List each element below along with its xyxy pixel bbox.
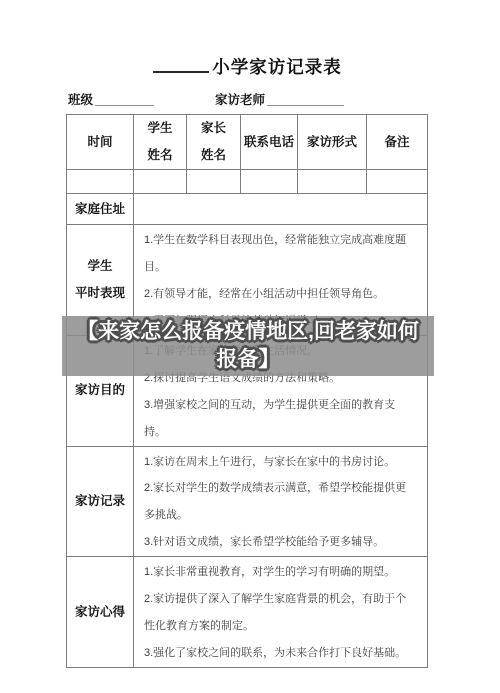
home-address-row: 家庭住址 bbox=[67, 194, 428, 225]
record-line-3: 3.针对语文成绩，家长希望学校能给予更多辅导。 bbox=[144, 529, 417, 556]
teacher-label: 家访老师 bbox=[215, 93, 265, 107]
visit-record-row: 家访记录 1.家访在周末上午进行，与家长在家中的书房讨论。 2.家长对学生的数学… bbox=[67, 446, 428, 557]
record-line-2: 2.家长对学生的数学成绩表示满意，希望学校能提供更多挑战。 bbox=[144, 475, 417, 529]
col-header-phone: 联系电话 bbox=[241, 115, 298, 170]
visit-reflections-row: 家访心得 1.家长非常重视教育，对学生的学习有明确的期望。 2.家访提供了深入了… bbox=[67, 557, 428, 668]
caption-overlay-banner: 【来家怎么报备疫情地区,回老家如何 报备】 bbox=[62, 316, 434, 376]
teacher-field: 家访老师 bbox=[215, 90, 344, 108]
visit-record-label: 家访记录 bbox=[67, 446, 134, 557]
reflections-line-3: 3.强化了家校之间的联系，为未来合作打下良好基础。 bbox=[144, 640, 417, 667]
col-header-student: 学生 姓名 bbox=[134, 115, 187, 170]
caption-text-line-2: 报备】 bbox=[217, 346, 280, 374]
form-title-row: 小学家访记录表 bbox=[66, 0, 429, 79]
blank-entry-row bbox=[67, 170, 428, 194]
visit-record-cell: 1.家访在周末上午进行，与家长在家中的书房讨论。 2.家长对学生的数学成绩表示满… bbox=[134, 446, 428, 557]
reflections-line-1: 1.家长非常重视教育，对学生的学习有明确的期望。 bbox=[144, 559, 417, 586]
record-line-1: 1.家访在周末上午进行，与家长在家中的书房讨论。 bbox=[144, 449, 417, 476]
performance-line-1: 1.学生在数学科目表现出色，经常能独立完成高难度题目。 bbox=[144, 227, 417, 281]
table-header-row: 时间 学生 姓名 家长 姓名 联系电话 家访形式 备注 bbox=[67, 115, 428, 170]
purpose-line-3: 3.增强家校之间的互动，为学生提供更全面的教育支持。 bbox=[144, 392, 417, 446]
visit-reflections-label: 家访心得 bbox=[67, 557, 134, 668]
home-address-value-cell bbox=[134, 194, 428, 225]
reflections-line-2: 2.家访提供了深入了解学生家庭背景的机会，有助于个性化教育方案的制定。 bbox=[144, 586, 417, 640]
form-title: 小学家访记录表 bbox=[212, 57, 342, 77]
col-header-time: 时间 bbox=[67, 115, 134, 170]
blank-cell-visit-type bbox=[298, 170, 367, 194]
blank-cell-phone bbox=[241, 170, 298, 194]
col-header-visit-type: 家访形式 bbox=[298, 115, 367, 170]
class-field: 班级 bbox=[68, 90, 154, 108]
performance-line-2: 2.有领导才能，经常在小组活动中担任领导角色。 bbox=[144, 281, 417, 308]
visit-reflections-cell: 1.家长非常重视教育，对学生的学习有明确的期望。 2.家访提供了深入了解学生家庭… bbox=[134, 557, 428, 668]
blank-cell-parent bbox=[187, 170, 241, 194]
teacher-blank-line bbox=[267, 93, 344, 106]
document-page: 小学家访记录表 班级 家访老师 时间 学生 姓名 家长 姓名 联系电话 家访形式… bbox=[0, 0, 500, 693]
class-label: 班级 bbox=[68, 93, 93, 107]
caption-text-line-1: 【来家怎么报备疫情地区,回老家如何 bbox=[77, 318, 419, 346]
blank-cell-remarks bbox=[367, 170, 428, 194]
school-name-blank-line bbox=[153, 57, 209, 73]
col-header-parent: 家长 姓名 bbox=[187, 115, 241, 170]
blank-cell-student bbox=[134, 170, 187, 194]
home-address-label: 家庭住址 bbox=[67, 194, 134, 225]
blank-cell-time bbox=[67, 170, 134, 194]
home-visit-table: 时间 学生 姓名 家长 姓名 联系电话 家访形式 备注 家庭住址 学生 平时表 bbox=[66, 114, 428, 668]
form-meta-row: 班级 家访老师 bbox=[66, 88, 429, 108]
col-header-remarks: 备注 bbox=[367, 115, 428, 170]
class-blank-line bbox=[95, 93, 154, 106]
